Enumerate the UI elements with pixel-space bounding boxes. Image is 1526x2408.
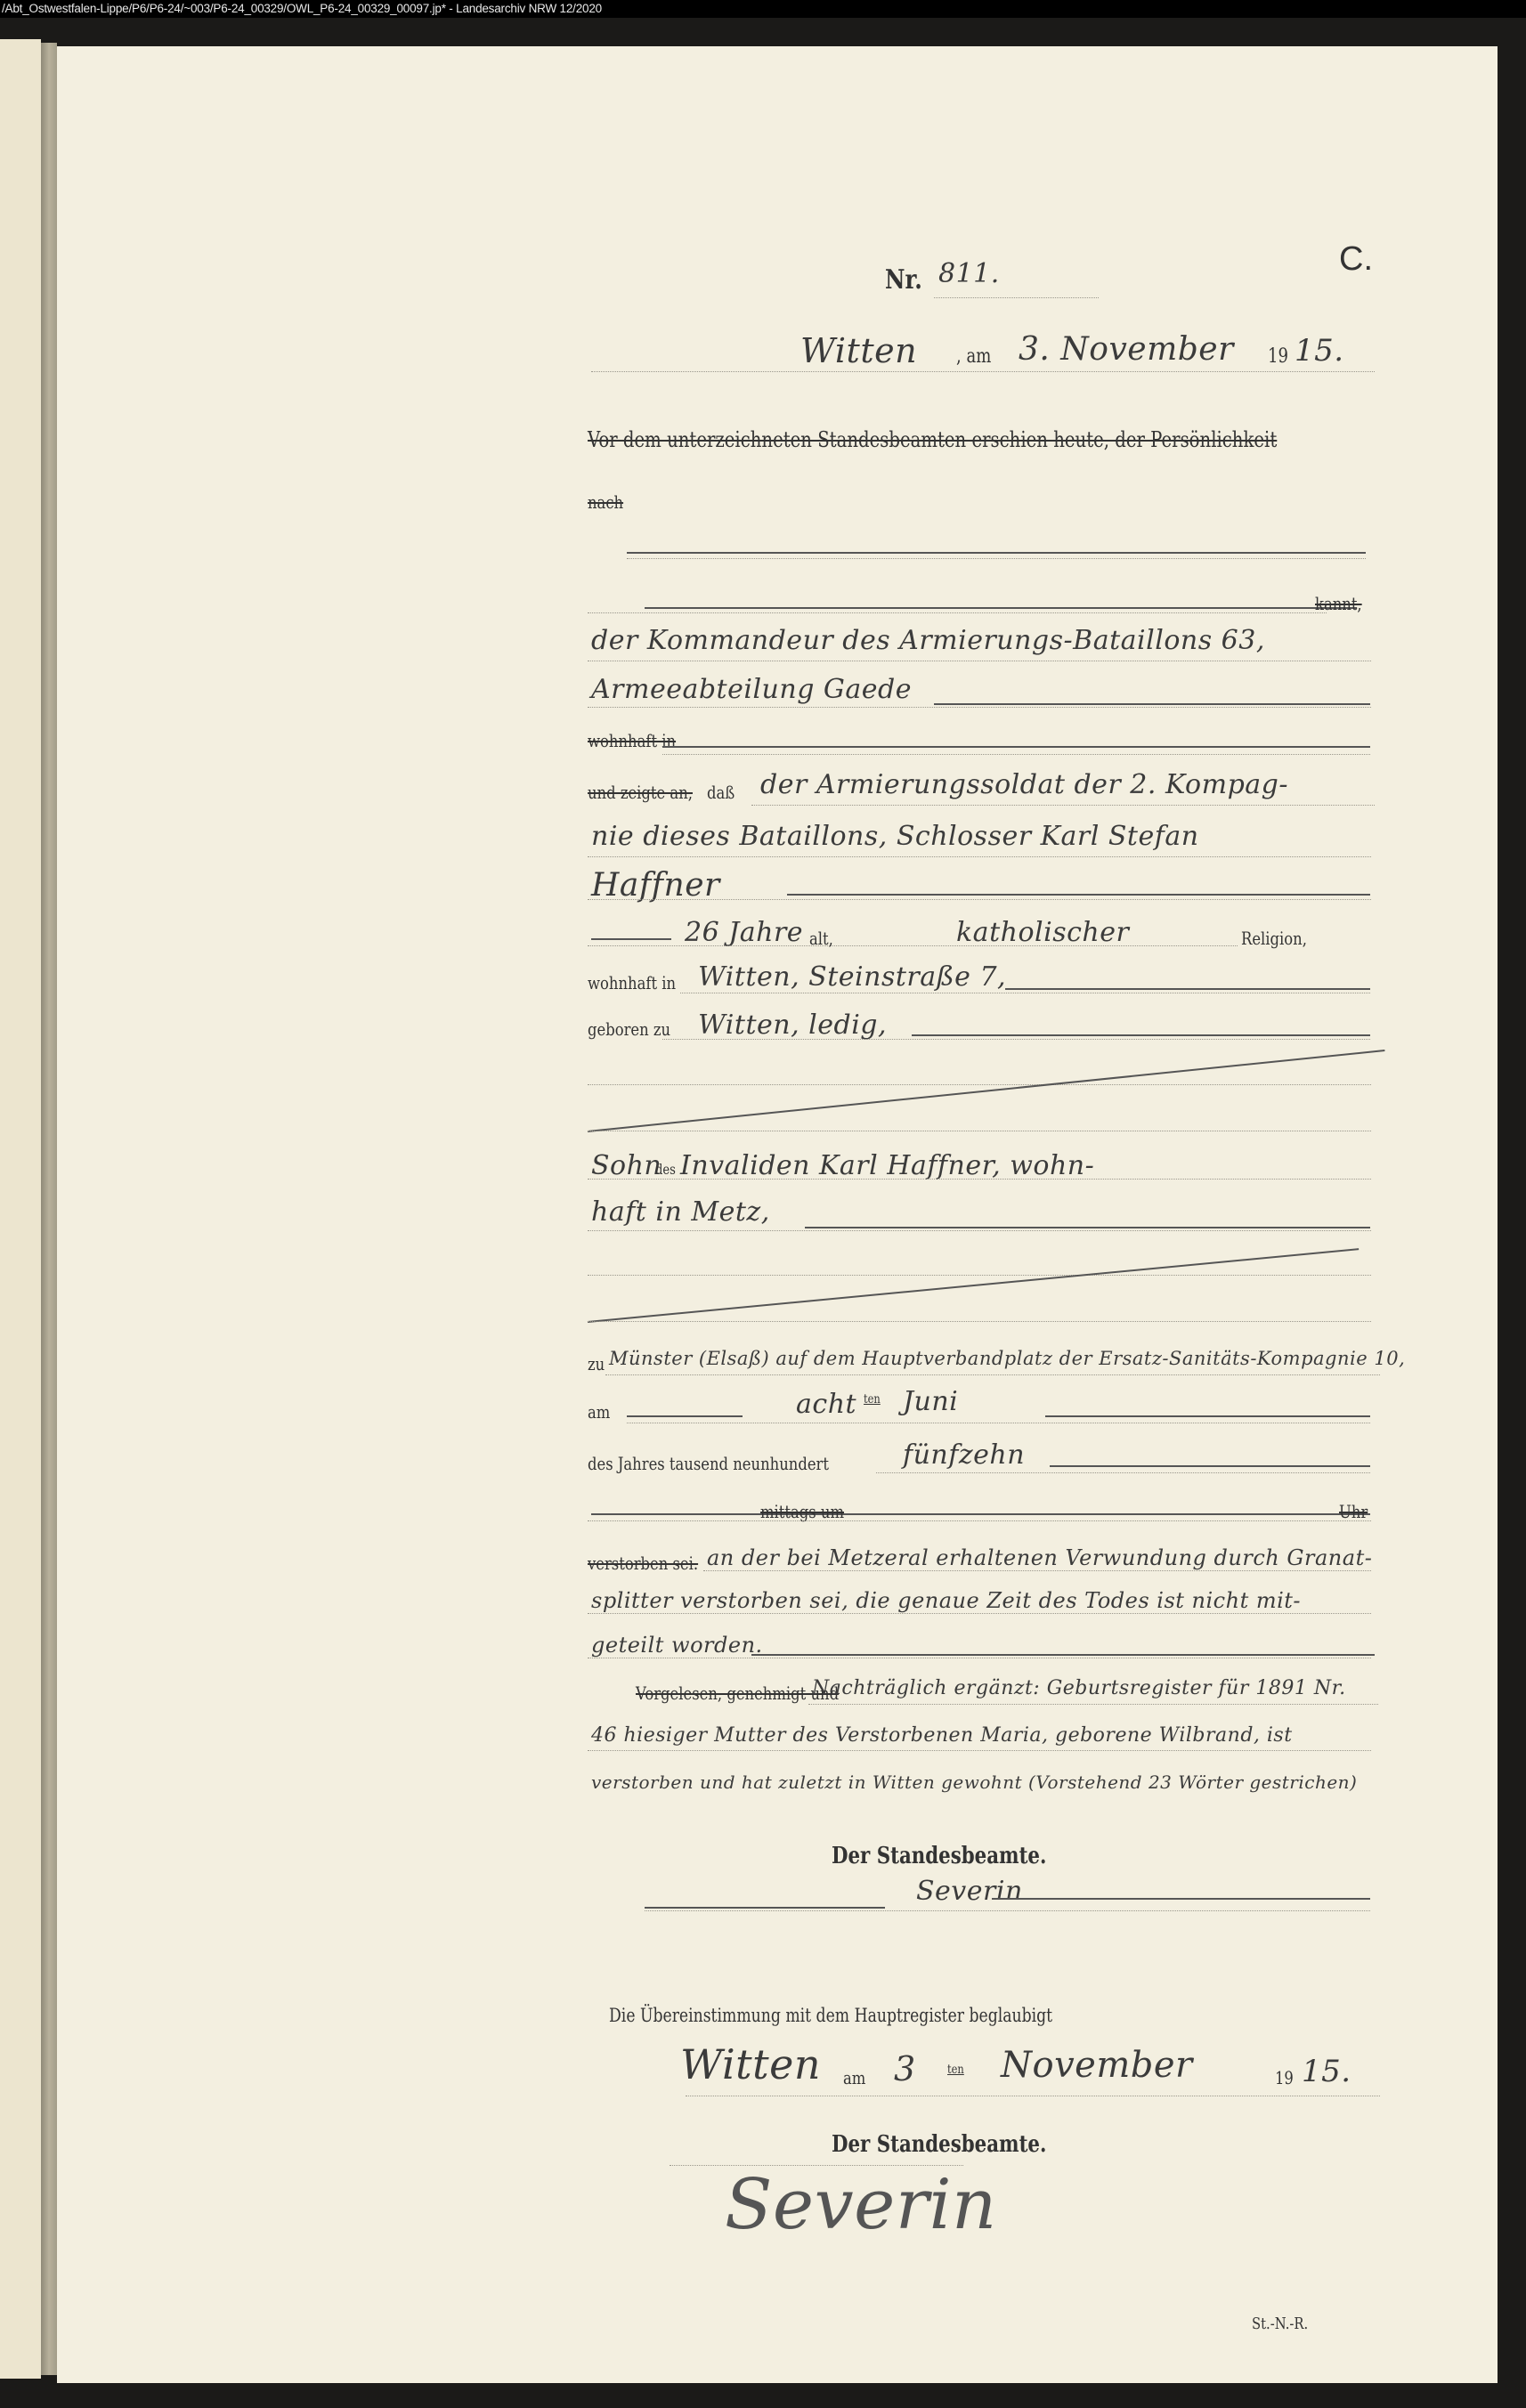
dass-label: daß [707, 782, 735, 803]
strike-rule [591, 938, 671, 940]
dotted-line [588, 1520, 1371, 1521]
strike-rule [627, 552, 1366, 554]
dotted-line [934, 297, 1099, 298]
cert-month: November [1001, 2045, 1193, 2086]
dotted-line [588, 707, 1371, 708]
parents-line-1b: Invaliden Karl Haffner, wohn- [680, 1150, 1094, 1181]
kannt-struck: kannt, [1315, 593, 1362, 614]
dotted-line [591, 371, 1375, 372]
preamble-struck: Vor dem unterzeichneten Standesbeamten e… [588, 427, 1277, 452]
year: 15. [1295, 333, 1344, 369]
strike-rule [591, 1513, 1370, 1515]
birthplace-value: Witten, ledig, [698, 1009, 887, 1041]
dotted-line [588, 1275, 1371, 1276]
cert-year: 15. [1302, 2054, 1351, 2089]
und-zeigte-an-struck: und zeigte an, [588, 782, 693, 803]
residence-label: wohnhaft in [588, 972, 676, 993]
dotted-line [588, 945, 1238, 946]
year-value: fünfzehn [903, 1439, 1025, 1471]
strike-rule [912, 1034, 1370, 1036]
dotted-line [627, 1423, 1370, 1423]
cause-line-3: geteilt worden. [591, 1633, 763, 1658]
cert-place: Witten [680, 2040, 821, 2088]
religion-value: katholischer [956, 917, 1129, 948]
residence-value: Witten, Steinstraße 7, [698, 961, 1006, 993]
dotted-line [808, 1704, 1378, 1705]
deceased-surname: Haffner [591, 867, 720, 904]
wohnhaft-struck: wohnhaft in [588, 730, 676, 751]
dotted-line [588, 1084, 1371, 1085]
strike-rule [751, 1654, 1375, 1656]
dotted-line [588, 661, 1371, 661]
place: Witten [800, 331, 917, 370]
cancel-stroke [588, 1248, 1359, 1323]
dotted-line [703, 1570, 1371, 1571]
dotted-line [588, 899, 1371, 900]
book-gutter [41, 43, 57, 2375]
dotted-line [645, 1910, 1370, 1911]
registrar-title: Der Standesbeamte. [832, 1843, 1046, 1869]
dotted-line [588, 612, 1327, 613]
window-title-bar: /Abt_Ostwestfalen-Lippe/P6/P6-24/~003/P6… [0, 0, 1526, 18]
strike-rule [787, 894, 1370, 896]
death-place-label: zu [588, 1353, 605, 1374]
strike-rule [1050, 1465, 1370, 1467]
am-label: am [588, 1401, 610, 1423]
dotted-line [588, 1321, 1371, 1322]
dotted-line [588, 1613, 1371, 1614]
dotted-line [680, 993, 1370, 993]
age-value: 26 Jahre [685, 917, 803, 948]
record-number: 811. [938, 258, 1000, 289]
birthplace-label: geboren zu [588, 1018, 670, 1040]
cause-line-2: splitter verstorben sei, die genaue Zeit… [591, 1588, 1301, 1613]
cert-ten: ten [947, 2063, 964, 2077]
left-page-edge [0, 39, 41, 2379]
uhr-struck: Uhr [1339, 1501, 1368, 1522]
parents-line-1a: Sohn [591, 1150, 662, 1181]
strike-rule [992, 1898, 1370, 1900]
cause-line-1: an der bei Metzeral erhaltenen Verwundun… [707, 1545, 1372, 1570]
parents-des: des [655, 1161, 676, 1178]
dotted-line [751, 805, 1375, 806]
parents-line-2: haft in Metz, [591, 1196, 770, 1228]
dotted-line [662, 1039, 1370, 1040]
dotted-line [588, 1750, 1371, 1751]
strike-rule [805, 1227, 1370, 1228]
dotted-line [588, 856, 1371, 857]
form-letter: C. [1339, 240, 1373, 279]
nach-struck: nach [588, 491, 623, 513]
strike-rule [934, 703, 1370, 705]
form-code: St.-N.-R. [1252, 2315, 1308, 2333]
window-title: /Abt_Ostwestfalen-Lippe/P6/P6-24/~003/P6… [2, 2, 602, 15]
registrar-title-2: Der Standesbeamte. [832, 2131, 1046, 2158]
dotted-line [588, 1131, 1371, 1131]
dotted-line [670, 2165, 963, 2166]
informant-line-1: der Kommandeur des Armierungs-Bataillons… [591, 625, 1265, 656]
dotted-line [605, 1374, 1380, 1375]
dotted-line [662, 754, 1370, 755]
death-day: acht [796, 1389, 856, 1420]
strike-rule [627, 1415, 743, 1417]
register-page: C. Nr. 811. Witten , am 3. November 19 1… [57, 46, 1498, 2383]
strike-rule [1005, 988, 1370, 990]
certification-text: Die Übereinstimmung mit dem Hauptregiste… [609, 2005, 1052, 2026]
dotted-line [686, 2096, 1380, 2096]
dotted-line [876, 1472, 1370, 1473]
death-month: Juni [903, 1386, 958, 1417]
number-label: Nr. [885, 264, 922, 296]
note-line-1: Nachträglich ergänzt: Geburtsregister fü… [812, 1677, 1346, 1699]
cancel-stroke [588, 1050, 1385, 1132]
year-label: des Jahres tausend neunhundert [588, 1453, 829, 1474]
registrar-signature-2: Severin [725, 2165, 997, 2245]
note-line-2: 46 hiesiger Mutter des Verstorbenen Mari… [591, 1724, 1293, 1747]
cert-am: am [843, 2067, 865, 2088]
ten-label: ten [864, 1392, 881, 1407]
informant-line-2: Armeeabteilung Gaede [591, 674, 912, 705]
dotted-line [588, 1179, 1371, 1180]
dotted-line [588, 1658, 1371, 1658]
dotted-line [588, 1230, 1371, 1231]
dotted-line [627, 558, 1366, 559]
deceased-line-1: der Armierungssoldat der 2. Kompag- [760, 769, 1288, 800]
cert-century: 19 [1275, 2067, 1294, 2088]
vorgelesen-struck: Vorgelesen, genehmigt und [636, 1682, 839, 1704]
death-place-value: Münster (Elsaß) auf dem Hauptverbandplat… [609, 1348, 1405, 1369]
strike-rule [1045, 1415, 1370, 1417]
note-line-3: verstorben und hat zuletzt in Witten gew… [591, 1772, 1357, 1793]
verstorben-struck: verstorben sei. [588, 1553, 698, 1574]
mittags-struck: mittags um [760, 1501, 844, 1522]
century: 19 [1268, 345, 1288, 368]
cert-day: 3 [894, 2049, 916, 2088]
strike-rule [645, 1907, 885, 1909]
religion-label: Religion, [1241, 928, 1307, 949]
registrar-signature: Severin [916, 1876, 1023, 1907]
register-date: 3. November [1019, 331, 1234, 368]
strike-rule [645, 607, 1357, 609]
strike-rule [662, 746, 1370, 748]
am-label: , am [956, 345, 991, 368]
deceased-line-2: nie dieses Bataillons, Schlosser Karl St… [591, 821, 1199, 852]
